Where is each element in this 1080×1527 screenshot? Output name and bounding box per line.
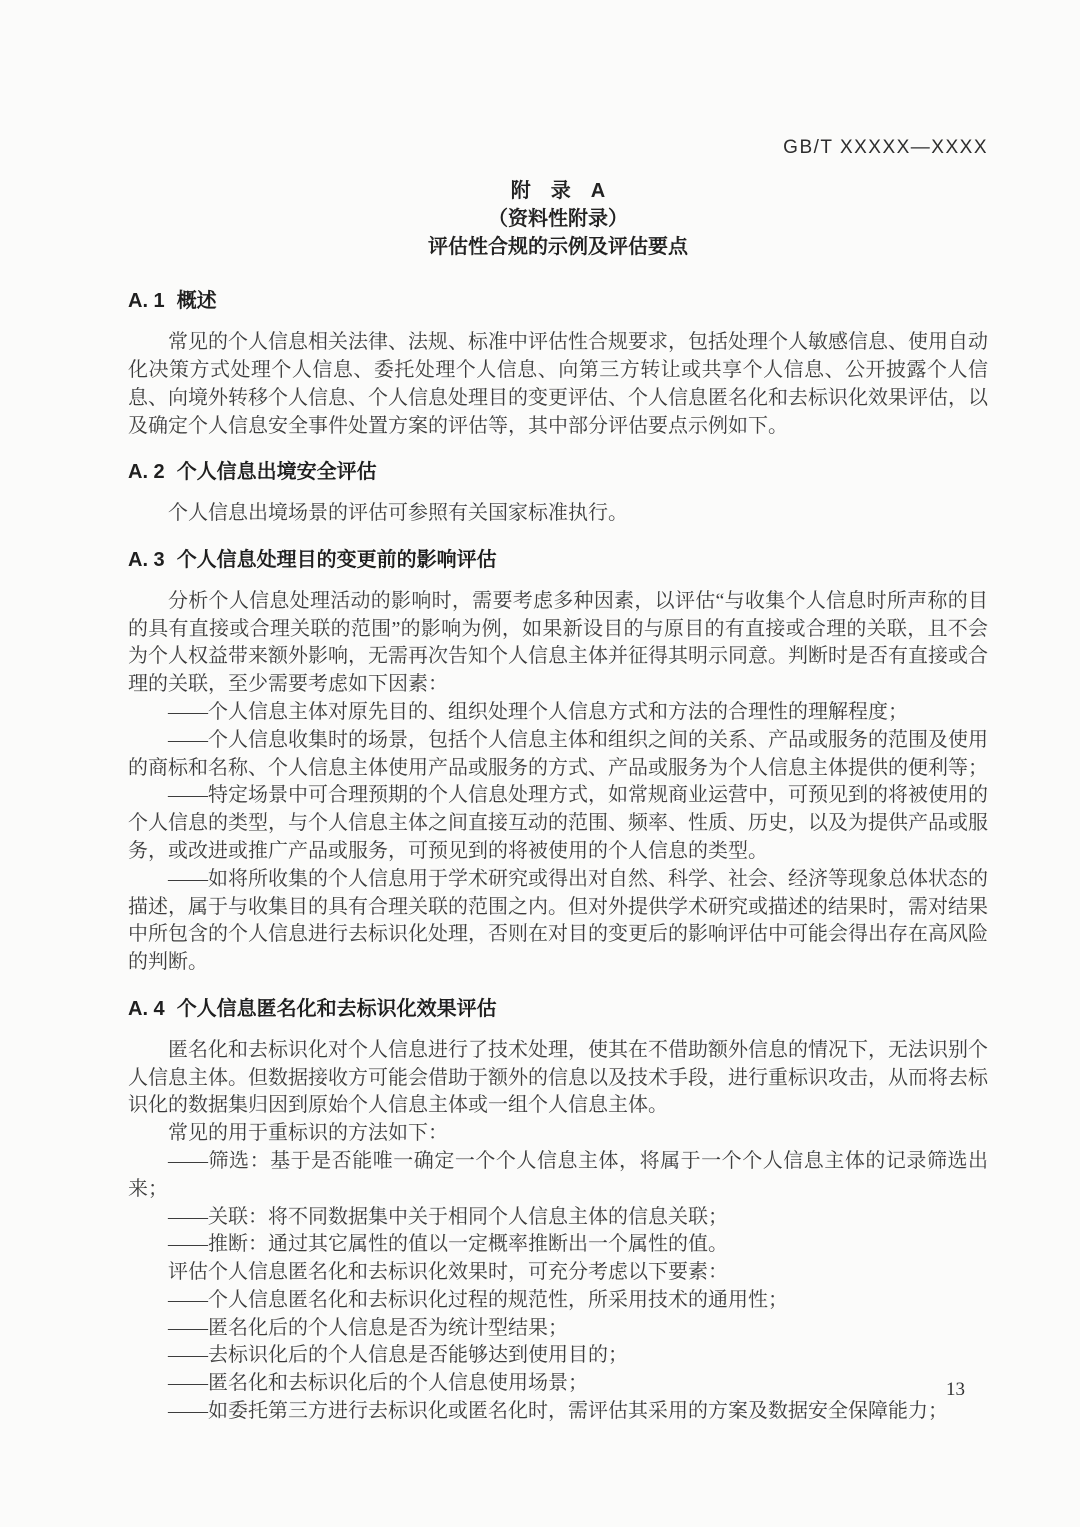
- appendix-title: 评估性合规的示例及评估要点: [128, 234, 988, 262]
- list-item: ——去标识化后的个人信息是否能够达到使用目的；: [128, 1342, 988, 1370]
- list-item: ——匿名化和去标识化后的个人信息使用场景；: [128, 1370, 988, 1398]
- section-number: A. 3: [128, 549, 165, 571]
- list-item: ——关联：将不同数据集中关于相同个人信息主体的信息关联；: [128, 1204, 988, 1232]
- section-title: 概述: [177, 290, 217, 312]
- appendix-type: （资料性附录）: [128, 206, 988, 234]
- section-number: A. 4: [128, 998, 165, 1020]
- appendix-title-block: 附 录 A （资料性附录） 评估性合规的示例及评估要点: [128, 178, 988, 261]
- list-item: ——个人信息匿名化和去标识化过程的规范性，所采用技术的通用性；: [128, 1287, 988, 1315]
- paragraph: 个人信息出境场景的评估可参照有关国家标准执行。: [128, 500, 988, 528]
- list-item: ——如将所收集的个人信息用于学术研究或得出对自然、科学、社会、经济等现象总体状态…: [128, 866, 988, 977]
- paragraph: 匿名化和去标识化对个人信息进行了技术处理，使其在不借助额外信息的情况下，无法识别…: [128, 1037, 988, 1120]
- section-number: A. 2: [128, 461, 165, 483]
- section-heading-a3: A. 3个人信息处理目的变更前的影响评估: [128, 547, 988, 575]
- list-item: ——个人信息收集时的场景，包括个人信息主体和组织之间的关系、产品或服务的范围及使…: [128, 727, 988, 783]
- document-content: 附 录 A （资料性附录） 评估性合规的示例及评估要点 A. 1概述 常见的个人…: [128, 0, 988, 1426]
- list-item: ——个人信息主体对原先目的、组织处理个人信息方式和方法的合理性的理解程度；: [128, 699, 988, 727]
- list-item: ——推断：通过其它属性的值以一定概率推断出一个属性的值。: [128, 1231, 988, 1259]
- section-a3: A. 3个人信息处理目的变更前的影响评估 分析个人信息处理活动的影响时，需要考虑…: [128, 547, 988, 977]
- section-heading-a2: A. 2个人信息出境安全评估: [128, 459, 988, 487]
- section-title: 个人信息处理目的变更前的影响评估: [177, 549, 497, 571]
- paragraph: 常见的个人信息相关法律、法规、标准中评估性合规要求，包括处理个人敏感信息、使用自…: [128, 329, 988, 440]
- section-title: 个人信息出境安全评估: [177, 461, 377, 483]
- section-a4: A. 4个人信息匿名化和去标识化效果评估 匿名化和去标识化对个人信息进行了技术处…: [128, 996, 988, 1426]
- section-a1: A. 1概述 常见的个人信息相关法律、法规、标准中评估性合规要求，包括处理个人敏…: [128, 288, 988, 440]
- list-item: ——如委托第三方进行去标识化或匿名化时，需评估其采用的方案及数据安全保障能力；: [128, 1398, 988, 1426]
- section-title: 个人信息匿名化和去标识化效果评估: [177, 998, 497, 1020]
- list-item: ——特定场景中可合理预期的个人信息处理方式，如常规商业运营中，可预见到的将被使用…: [128, 782, 988, 865]
- section-heading-a1: A. 1概述: [128, 288, 988, 316]
- document-page: GB/T XXXXX—XXXX 附 录 A （资料性附录） 评估性合规的示例及评…: [0, 0, 1080, 1527]
- section-number: A. 1: [128, 290, 165, 312]
- section-heading-a4: A. 4个人信息匿名化和去标识化效果评估: [128, 996, 988, 1024]
- section-a2: A. 2个人信息出境安全评估 个人信息出境场景的评估可参照有关国家标准执行。: [128, 459, 988, 528]
- appendix-label: 附 录 A: [128, 178, 988, 206]
- list-item: ——筛选：基于是否能唯一确定一个个人信息主体，将属于一个个人信息主体的记录筛选出…: [128, 1148, 988, 1204]
- page-number: 13: [946, 1379, 965, 1401]
- paragraph: 常见的用于重标识的方法如下：: [128, 1120, 988, 1148]
- list-item: ——匿名化后的个人信息是否为统计型结果；: [128, 1315, 988, 1343]
- paragraph: 评估个人信息匿名化和去标识化效果时，可充分考虑以下要素：: [128, 1259, 988, 1287]
- paragraph: 分析个人信息处理活动的影响时，需要考虑多种因素，以评估“与收集个人信息时所声称的…: [128, 588, 988, 699]
